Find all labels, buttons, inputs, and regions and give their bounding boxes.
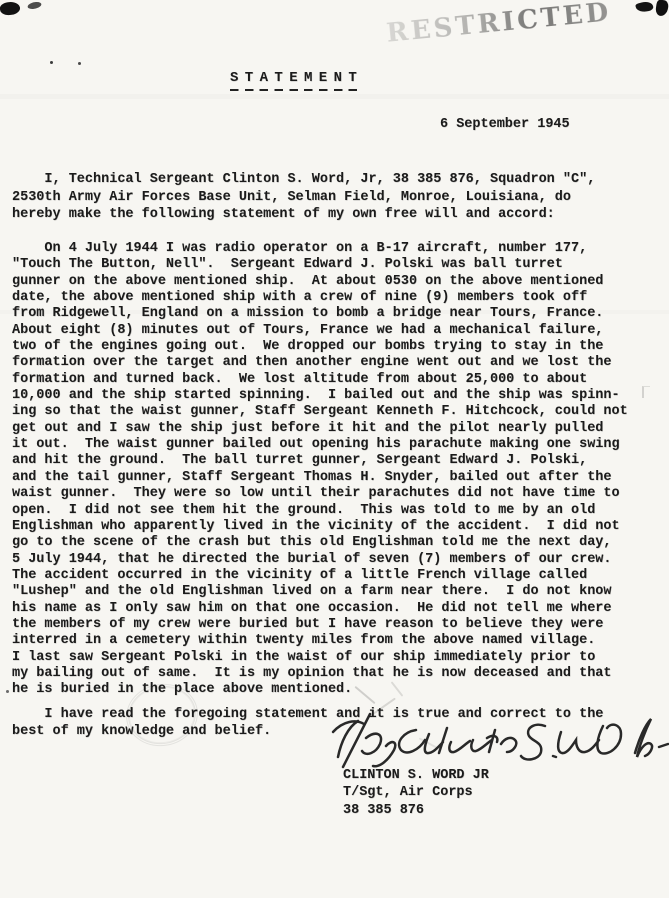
statement-paragraph-2: On 4 July 1944 I was radio operator on a…	[12, 241, 628, 699]
ink-blot	[0, 1, 21, 17]
document-date: 6 September 1945	[440, 117, 570, 132]
handwritten-signature	[328, 711, 669, 771]
ink-speck	[78, 62, 81, 65]
margin-mark	[642, 386, 650, 398]
scanned-statement-document: RESTRICTED STATEMENT 6 September 1945 I,…	[0, 0, 669, 898]
scan-streak	[0, 94, 669, 99]
ink-blot	[26, 2, 42, 10]
ink-speck	[6, 690, 9, 693]
restricted-stamp: RESTRICTED	[385, 0, 613, 49]
ink-blot	[655, 0, 669, 17]
ink-blot	[635, 0, 654, 14]
ink-speck	[50, 61, 53, 64]
document-title: STATEMENT	[230, 70, 363, 92]
statement-paragraph-1: I, Technical Sergeant Clinton S. Word, J…	[12, 171, 595, 224]
typed-signature-block: CLINTON S. WORD JR T/Sgt, Air Corps 38 3…	[343, 767, 489, 819]
